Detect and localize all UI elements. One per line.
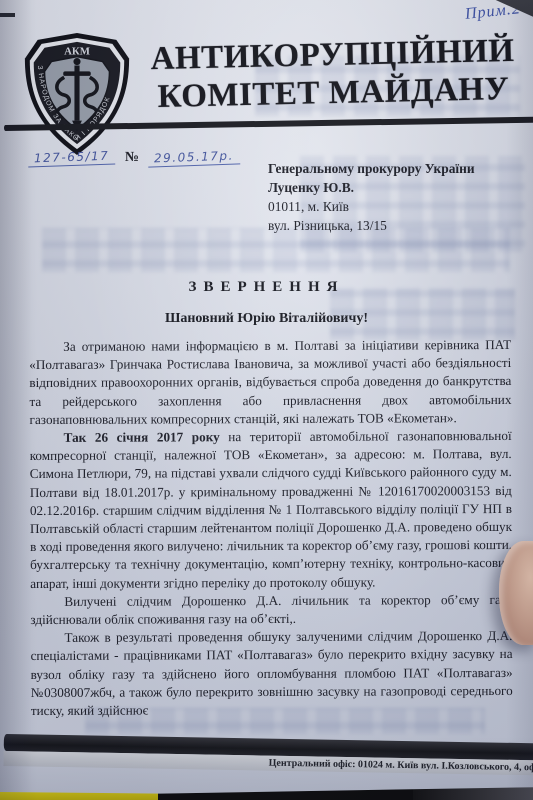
recipient-name: Луценку Ю.В. — [268, 178, 475, 197]
footer-band: Центральний офіс: 01024 м. Київ вул. І.К… — [3, 734, 533, 775]
handwritten-copy-number: Прим.2 — [464, 0, 521, 24]
underlying-page-edge — [0, 13, 15, 17]
shield-emblem-icon: АКМ З НАРОДОМ ЗА ЗАКОН І ПОРЯДОК — [18, 30, 136, 160]
document-title: ЗВЕРНЕННЯ — [0, 279, 533, 296]
recipient-title: Генеральному прокурору України — [268, 159, 475, 178]
paragraph-2: Так 26 січня 2017 року на території авто… — [30, 427, 513, 593]
letter-sheet: Прим.2 АКМ З НАРОДОМ ЗА ЗАКОН І ПОРЯДОК … — [0, 0, 533, 800]
org-title-line2: КОМІТЕТ МАЙДАНУ — [134, 69, 533, 116]
paragraph-2-bold-lead: Так 26 січня 2017 року — [64, 429, 220, 445]
recipient-block: Генеральному прокурору України Луценку Ю… — [268, 159, 475, 235]
salutation: Шановний Юрію Віталійовичу! — [0, 311, 533, 327]
paragraph-4: Також в результаті проведення обшуку зал… — [30, 627, 512, 720]
central-office-address: Центральний офіс: 01024 м. Київ вул. І.К… — [269, 758, 533, 774]
recipient-street: вул. Різницька, 13/15 — [268, 216, 475, 235]
paragraph-2-rest: на території автомобільної газонаповнюва… — [30, 428, 513, 591]
handwritten-outgoing-number: 127-65/17 — [28, 148, 116, 167]
paragraph-1: За отриманою нами інформацією в м. Полта… — [29, 336, 511, 429]
akm-shield-logo: АКМ З НАРОДОМ ЗА ЗАКОН І ПОРЯДОК — [18, 30, 136, 160]
handwritten-date: 29.05.17р. — [148, 148, 240, 167]
paragraph-3: Вилучені слідчим Дорошенко Д.А. лічильни… — [30, 591, 512, 630]
reference-line: 127-65/17 № 29.05.17р. — [28, 150, 278, 166]
letter-body: За отриманою нами інформацією в м. Полта… — [29, 336, 513, 720]
org-title: АНТИКОРУПЦІЙНИЙ КОМІТЕТ МАЙДАНУ — [133, 31, 533, 116]
recipient-postcode-city: 01011, м. Київ — [268, 197, 475, 216]
number-sign-label: № — [125, 150, 139, 165]
logo-acronym: АКМ — [64, 46, 90, 58]
